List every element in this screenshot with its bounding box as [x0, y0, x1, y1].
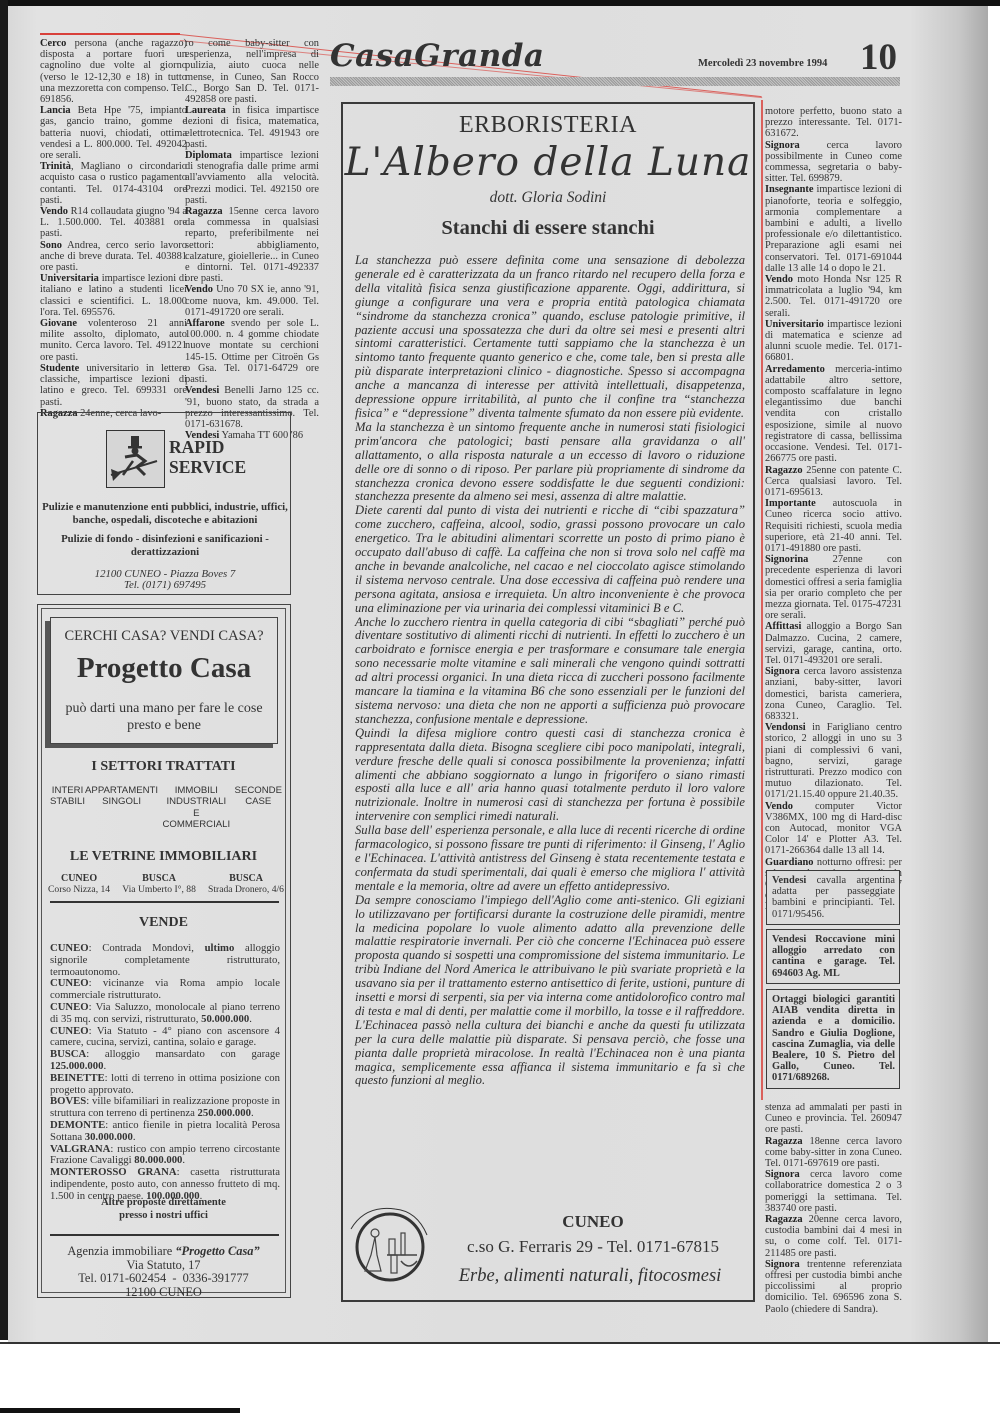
classified-ad: Vendo computer Victor V386MX, 100 mg di …	[765, 801, 902, 857]
sectors-heading: I SETTORI TRATTATI	[42, 759, 285, 775]
ad-lead: Insegnante	[765, 184, 814, 195]
divider	[50, 901, 279, 903]
ad-text: Ortaggi biologici garantiti AIAB vendita…	[772, 994, 895, 1083]
classifieds-column-2: ro come baby-sitter con esperienza, nell…	[185, 38, 319, 441]
listing-place: CUNEO	[50, 1001, 89, 1013]
rapid-services-extra: Pulizie di fondo - disinfezioni e sanifi…	[42, 533, 288, 558]
listing-price: 80.000.000	[134, 1154, 182, 1166]
scan-bottom-margin	[0, 1342, 1000, 1413]
rapid-services-description: Pulizie e manutenzione enti pubblici, in…	[42, 501, 288, 526]
erboristeria-address: c.so G. Ferraris 29 - Tel. 0171-67815	[437, 1237, 749, 1257]
boxed-ad-horse: Vendesi cavalla argentina adatta per pas…	[766, 870, 900, 925]
rapid-service-name: RAPID SERVICE	[169, 437, 246, 477]
article-title: Stanchi di essere stanchi	[343, 217, 753, 240]
shop-item: BUSCAVia Umberto I°, 88	[122, 873, 196, 896]
listing-price: 30.000.000	[85, 1131, 133, 1143]
ad-lead: Universitaria	[40, 273, 99, 284]
listing-rest: .	[182, 1154, 185, 1166]
erboristeria-ad: ERBORISTERIA L'Albero della Luna dott. G…	[341, 102, 755, 1302]
classified-ad: Cerco persona (anche ragazzo) disposta a…	[40, 38, 187, 105]
listing-price: 125.000.000	[50, 1060, 103, 1072]
listing-place: BUSCA	[50, 1048, 86, 1060]
agency-name: “Progetto Casa”	[175, 1244, 259, 1258]
shop-address: Strada Dronero, 4/6	[208, 884, 284, 895]
progetto-casa-name: Progetto Casa	[51, 652, 277, 685]
ad-lead: Ragazza	[185, 206, 223, 217]
listing-rest: .	[133, 1131, 136, 1143]
erboristeria-name: L'Albero della Luna	[343, 140, 753, 185]
shop-city: BUSCA	[142, 873, 176, 884]
classified-ad: Vendonsi in Farigliano centro storico, 2…	[765, 722, 902, 800]
chimney-sweep-broom-icon	[106, 430, 165, 488]
listing-price: 50.000.000	[201, 1013, 249, 1025]
ad-lead: Signorina	[765, 554, 808, 565]
classified-ad: Giovane volenteroso 21 anni milite assol…	[40, 318, 187, 363]
listing-place: MONTEROSSO GRANA	[50, 1166, 177, 1178]
scan-left-edge	[0, 0, 8, 1340]
classified-ad: Vendo Uno 70 SX ie, anno '91, come nuova…	[185, 284, 319, 318]
ad-lead: Diplomata	[185, 150, 232, 161]
classified-ad: Vendo R14 collaudata giugno '94 a L. 1.5…	[40, 206, 187, 240]
ad-text: in Farigliano centro storico, 2 alloggi …	[765, 722, 902, 800]
agency-street: Via Statuto, 17	[42, 1259, 285, 1273]
article-body: La stanchezza può essere definita come u…	[355, 254, 745, 1088]
agency-phone: Tel. 0171-602454 - 0336-391777	[42, 1272, 285, 1286]
erboristeria-tagline: Erbe, alimenti naturali, fitocosmesi	[431, 1266, 749, 1287]
rapid-name-line-1: RAPID	[169, 437, 246, 457]
sector-item: APPARTAMENTI SINGOLI	[85, 785, 158, 831]
classifieds-column-1: Cerco persona (anche ragazzo) disposta a…	[40, 38, 187, 419]
property-listing: CUNEO: vicinanze via Roma ampio locale c…	[50, 978, 280, 1002]
listing-place: CUNEO	[50, 977, 89, 989]
progetto-casa-tagline: può darti una mano per fare le cose pres…	[51, 700, 277, 734]
article-paragraph: Diete carenti dal punto di vista dei nut…	[355, 504, 745, 615]
masthead-title: CasaGranda	[330, 38, 545, 74]
progetto-casa-inner-frame: CERCHI CASA? VENDI CASA? Progetto Casa p…	[41, 608, 286, 1293]
ad-text: 15enne cerca lavoro da commessa in quals…	[185, 206, 319, 284]
property-listings: CUNEO: Contrada Mondovì, ultimo alloggio…	[50, 943, 280, 1203]
ad-lead: Arredamento	[765, 364, 825, 375]
ad-lead: Sono	[40, 240, 62, 251]
classified-ad: Studente universitario in lettere classi…	[40, 363, 187, 408]
ad-lead: Laureata	[185, 105, 226, 116]
ad-text: motore perfetto, buono stato a prezzo in…	[765, 106, 902, 139]
rapid-service-ad: RAPID SERVICE Pulizie e manutenzione ent…	[37, 412, 291, 595]
listing-text: : alloggio mansardato con garage	[86, 1048, 280, 1060]
classified-ad: Signora cerca lavoro assistenza anziani,…	[765, 666, 902, 722]
agency-name-line: Agenzia immobiliare “Progetto Casa”	[42, 1245, 285, 1259]
woman-with-bottles-logo-icon	[345, 1199, 431, 1285]
issue-date: Mercoledì 23 novembre 1994	[698, 58, 827, 69]
masthead-rule	[330, 77, 900, 86]
classified-ad: Laureata in fisica impartisce lezioni di…	[185, 105, 319, 150]
classified-ad: motore perfetto, buono stato a prezzo in…	[765, 106, 902, 140]
listing-place: CUNEO	[50, 1025, 89, 1037]
listing-rest: .	[249, 1013, 252, 1025]
more-offers-line-2: presso i nostri uffici	[42, 1210, 285, 1223]
property-listing: DEMONTE: antico fienile in pietra locali…	[50, 1120, 280, 1144]
listing-place: CUNEO	[50, 942, 89, 954]
sector-item: IMMOBILI INDUSTRIALI E COMMERCIALI	[158, 785, 235, 831]
ad-lead: Signora	[765, 1259, 800, 1270]
ad-lead: Vendo	[765, 274, 793, 285]
listing-place: DEMONTE	[50, 1119, 105, 1131]
ad-lead: Trinità	[40, 161, 71, 172]
shops-heading: LE VETRINE IMMOBILIARI	[42, 849, 285, 865]
sector-item: SECONDE CASE	[235, 785, 282, 831]
ad-lead: Signora	[765, 666, 800, 677]
classified-ad: Insegnante impartisce lezioni di pianofo…	[765, 184, 902, 274]
ad-lead: Studente	[40, 363, 79, 374]
shop-item: BUSCAStrada Dronero, 4/6	[208, 873, 284, 896]
classified-ad: Affittasi alloggio a Borgo San Dalmazzo.…	[765, 621, 902, 666]
ad-lead: Signora	[765, 1169, 800, 1180]
progetto-casa-ad: CERCHI CASA? VENDI CASA? Progetto Casa p…	[37, 604, 291, 1298]
classified-ad: stenza ad ammalati per pasti in Cuneo e …	[765, 1102, 902, 1136]
ad-text: impartisce lezioni di pianoforte, teoria…	[765, 184, 902, 273]
shop-city: BUSCA	[229, 873, 263, 884]
listing-price: 250.000.000	[198, 1107, 251, 1119]
ad-lead: Ragazza	[765, 1136, 803, 1147]
rapid-name-line-2: SERVICE	[169, 457, 246, 477]
classified-ad: Ragazza 15enne cerca lavoro da commessa …	[185, 206, 319, 284]
boxed-ad-ortaggi: Ortaggi biologici garantiti AIAB vendita…	[766, 989, 900, 1089]
ad-lead: Vendesi	[772, 934, 806, 945]
property-listing: CUNEO: Contrada Mondovì, ultimo alloggio…	[50, 943, 280, 978]
red-underline-marker	[40, 33, 180, 35]
red-vertical-marker	[761, 100, 763, 1100]
more-offers-note: Altre proposte direttamente presso i nos…	[42, 1197, 285, 1222]
ad-lead: Cerco	[40, 38, 66, 49]
classified-ad: Universitario impartisce lezioni di mate…	[765, 319, 902, 364]
ad-lead: Affarone	[185, 318, 225, 329]
listing-place: VALGRANA	[50, 1143, 110, 1155]
ad-lead: Vendo	[185, 284, 213, 295]
listing-place: BEINETTE	[50, 1072, 105, 1084]
classified-ad: Signora cerca lavoro come collaboratrice…	[765, 1169, 902, 1214]
article-paragraph: La stanchezza può essere definita come u…	[355, 254, 745, 421]
classified-ad: Ragazza 20enne cerca lavoro, custodia ba…	[765, 1214, 902, 1259]
shop-item: CUNEOCorso Nizza, 14	[48, 873, 110, 896]
ad-lead: Signora	[765, 140, 800, 151]
property-listing: CUNEO: Via Statuto - 4° piano con ascens…	[50, 1026, 280, 1050]
ad-lead: Giovane	[40, 318, 77, 329]
ad-lead: Vendesi	[185, 385, 219, 396]
boxed-ad-roccavione: Vendesi Roccavione mini alloggio arredat…	[766, 929, 900, 984]
classified-ad: Signora cerca lavoro possibilmente in Cu…	[765, 140, 902, 185]
ad-text: stenza ad ammalati per pasti in Cuneo e …	[765, 1102, 902, 1135]
ad-lead: Affittasi	[765, 621, 801, 632]
classified-ad: Affarone svendo per sole L. 100.000. n. …	[185, 318, 319, 385]
page-number: 10	[860, 36, 897, 79]
classified-ad: Universitaria impartisce lezioni di ital…	[40, 273, 187, 318]
ad-lead: Importante	[765, 498, 816, 509]
article-paragraph: Anche lo zucchero rientra in quella cate…	[355, 616, 745, 727]
erboristeria-city: CUNEO	[443, 1212, 743, 1232]
article-paragraph: Sulla base dell' esperienza personale, e…	[355, 824, 745, 894]
article-paragraph: Quindi la difesa migliore contro questi …	[355, 727, 745, 824]
ad-lead: Lancia	[40, 105, 71, 116]
classified-ad: Ragazza 18enne cerca lavoro come baby-si…	[765, 1136, 902, 1170]
ad-lead: Vendonsi	[765, 722, 806, 733]
shop-city: CUNEO	[61, 873, 97, 884]
listing-rest: .	[251, 1107, 254, 1119]
listing-price: ultimo	[205, 942, 235, 954]
divider	[50, 1234, 279, 1236]
ad-lead: Vendo	[765, 801, 793, 812]
property-listing: CUNEO: Via Saluzzo, monolocale al piano …	[50, 1002, 280, 1026]
ad-text: merceria-intimo adattabile altro settore…	[765, 364, 902, 465]
listing-rest: .	[103, 1060, 106, 1072]
classified-ad: ro come baby-sitter con esperienza, nell…	[185, 38, 319, 105]
classified-ad: Trinità, Magliano o circondario acquisto…	[40, 161, 187, 206]
more-offers-line-1: Altre proposte direttamente	[42, 1197, 285, 1210]
rapid-phone: Tel. (0171) 697495	[42, 580, 288, 591]
listing-text: : Contrada Mondovì,	[89, 942, 205, 954]
classified-ad: Signora trentenne referenziata offresi p…	[765, 1259, 902, 1315]
progetto-casa-hero-box: CERCHI CASA? VENDI CASA? Progetto Casa p…	[50, 617, 278, 744]
shops-list: CUNEOCorso Nizza, 14 BUSCAVia Umberto I°…	[48, 873, 284, 896]
classified-ad: Lancia Beta Hpe '75, impianto gas, ganci…	[40, 105, 187, 161]
classified-ad: Ragazzo 25enne con patente C. Cerca qual…	[765, 465, 902, 499]
ad-text: ro come baby-sitter con esperienza, nell…	[185, 38, 319, 105]
classified-ad: Arredamento merceria-intimo adattabile a…	[765, 364, 902, 465]
erboristeria-heading: ERBORISTERIA	[343, 112, 753, 139]
classified-ad: Diplomata impartisce lezioni di stenogra…	[185, 150, 319, 206]
article-paragraph: Ma la stanchezza è un sintomo frequente …	[355, 421, 745, 504]
property-listing: BUSCA: alloggio mansardato con garage 12…	[50, 1049, 280, 1073]
classified-ad: Sono Andrea, cerco serio lavoro anche di…	[40, 240, 187, 274]
classified-ad: Signorina 27enne con precedente esperien…	[765, 554, 902, 621]
agency-prefix: Agenzia immobiliare	[67, 1244, 175, 1258]
article-paragraph: Da sempre conosciamo l'impiego dell'Agli…	[355, 894, 745, 1089]
ad-lead: Vendo	[40, 206, 68, 217]
property-listing: VALGRANA: rustico con ampio terreno circ…	[50, 1144, 280, 1168]
shop-address: Corso Nizza, 14	[48, 884, 110, 895]
agency-city: 12100 CUNEO	[42, 1286, 285, 1300]
sector-item: INTERI STABILI	[50, 785, 85, 831]
ad-lead: Vendesi	[772, 875, 806, 886]
ad-lead: Guardiano	[765, 857, 814, 868]
classifieds-column-3-continued: stenza ad ammalati per pasti in Cuneo e …	[765, 1102, 902, 1315]
ad-lead: Ragazza	[765, 1214, 803, 1225]
listing-place: BOVES	[50, 1095, 86, 1107]
sale-heading: VENDE	[42, 915, 285, 931]
ad-lead: Universitario	[765, 319, 824, 330]
classified-ad: Importante autoscuola in Cuneo ricerca s…	[765, 498, 902, 554]
property-listing: BEINETTE: lotti di terreno in ottima pos…	[50, 1073, 280, 1097]
agency-contact: Agenzia immobiliare “Progetto Casa” Via …	[42, 1245, 285, 1299]
classifieds-column-3: motore perfetto, buono stato a prezzo in…	[765, 106, 902, 913]
scan-bottom-edge	[0, 1408, 240, 1413]
shop-address: Via Umberto I°, 88	[122, 884, 196, 895]
erboristeria-owner: dott. Gloria Sodini	[343, 189, 753, 207]
progetto-casa-question: CERCHI CASA? VENDI CASA?	[51, 628, 277, 645]
sectors-list: INTERI STABILI APPARTAMENTI SINGOLI IMMO…	[50, 785, 282, 831]
property-listing: BOVES: ville bifamiliari in realizzazion…	[50, 1096, 280, 1120]
ad-lead: Ragazzo	[765, 465, 803, 476]
classified-ad: Vendo moto Honda Nsr 125 R immatricolata…	[765, 274, 902, 319]
ad-text: Andrea, cerco serio lavoro anche di brev…	[40, 240, 187, 273]
